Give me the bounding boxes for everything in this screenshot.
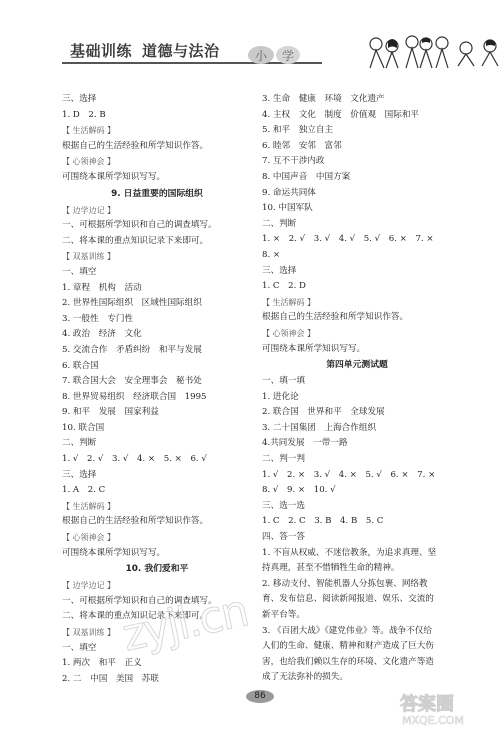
- subject-name: 道德与法治: [142, 42, 220, 60]
- answer-line: 一、填空: [62, 265, 252, 281]
- answer-line: 三、选择: [262, 264, 452, 280]
- answer-line: 三、选择: [62, 468, 252, 484]
- answer-line: 10. 中国军队: [262, 201, 452, 217]
- children-illustration-icon: [362, 32, 500, 70]
- answer-line: 7. 互不干涉内政: [262, 154, 452, 170]
- answer-line: 4. 政治 经济 文化: [62, 327, 252, 343]
- level-char-2: 学: [282, 47, 294, 64]
- answer-line: 根据自己的生活经验和所学知识作答。: [62, 514, 252, 530]
- section-label: 【 边学边记 】: [62, 203, 252, 219]
- section-label: 【 生活解码 】: [62, 499, 252, 515]
- answer-line: 1. D 2. B: [62, 108, 252, 124]
- answer-line: 一、填一填: [262, 374, 452, 390]
- answer-line: 2. 移动支付、智能机器人分拣包裹、网络教: [262, 577, 452, 593]
- answer-line: 1. × 2. √ 3. √ 4. √ 5. √ 6. × 7. ×: [262, 232, 452, 248]
- answer-line: 6. 睦邻 安邻 富邻: [262, 139, 452, 155]
- answer-line: 1. C 2. C 3. B 4. B 5. C: [262, 514, 452, 530]
- section-label: 【 双基训练 】: [62, 249, 252, 265]
- answer-line: 9. 命运共同体: [262, 186, 452, 202]
- answer-line: 人们的生命、健康、精神和财产造成了巨大伤: [262, 639, 452, 655]
- section-label: 【 心领神会 】: [62, 154, 252, 170]
- answer-line: 1. A 2. C: [62, 483, 252, 499]
- answer-line: 3. 二十国集团 上海合作组织: [262, 421, 452, 437]
- answer-line: 害，也给我们赖以生存的环境、文化遗产等造: [262, 655, 452, 671]
- answer-line: 可围绕本课所学知识写写。: [62, 546, 252, 562]
- section-title: 9. 日益重要的国际组织: [62, 186, 252, 203]
- answer-line: 3. 生命 健康 环境 文化遗产: [262, 92, 452, 108]
- answer-line: 8. ×: [262, 248, 452, 264]
- answer-line: 2. 联合国 世界和平 全球发展: [262, 405, 452, 421]
- answer-line: 10. 联合国: [62, 421, 252, 437]
- level-char-1: 小: [255, 47, 267, 64]
- section-title: 第四单元测试题: [262, 357, 452, 374]
- answer-line: 3. 《百团大战》《建党伟业》等。战争不仅给: [262, 624, 452, 640]
- level-badge: 小 学: [248, 44, 306, 64]
- section-label: 【 心领神会 】: [62, 530, 252, 546]
- section-title: 10. 我们爱和平: [62, 561, 252, 578]
- answer-line: 8. √ 9. × 10. √: [262, 483, 452, 499]
- section-label: 【 心领神会 】: [262, 326, 452, 342]
- answer-line: 5. 交流合作 矛盾纠纷 和平与发展: [62, 343, 252, 359]
- answer-line: 1. √ 2. √ 3. √ 4. × 5. × 6. √: [62, 452, 252, 468]
- answer-line: 6. 联合国: [62, 359, 252, 375]
- series-name: 基础训练: [70, 42, 132, 60]
- answer-line: 二、判断: [262, 217, 452, 233]
- answer-line: 二、判断: [62, 436, 252, 452]
- page-header: 基础训练道德与法治 小 学: [62, 38, 462, 66]
- answer-line: 8. 中国声音 中国方案: [262, 170, 452, 186]
- answer-line: 1. √ 2. × 3. √ 4. × 5. √ 6. × 7. ×: [262, 468, 452, 484]
- page-number: 86: [246, 690, 274, 703]
- answer-line: 2. 世界性国际组织 区域性国际组织: [62, 296, 252, 312]
- answer-line: 1. 进化论: [262, 390, 452, 406]
- answer-line: 1. 章程 机构 活动: [62, 281, 252, 297]
- answer-line: 根据自己的生活经验和所学知识作答。: [62, 139, 252, 155]
- answer-line: 可围绕本课所学知识写写。: [62, 170, 252, 186]
- answer-line: 四、答一答: [262, 530, 452, 546]
- answer-line: 新平台等。: [262, 608, 452, 624]
- answer-line: 3. 一般性 专门性: [62, 312, 252, 328]
- answer-line: 成了无法弥补的损失。: [262, 670, 452, 686]
- answer-line: 持真理，甚至不惜牺牲生命的精神。: [262, 561, 452, 577]
- section-label: 【 生活解码 】: [62, 123, 252, 139]
- answer-line: 可围绕本课所学知识写写。: [262, 342, 452, 358]
- answer-line: 三、选择: [62, 92, 252, 108]
- answer-line: 1. 两次 和平 正义: [62, 656, 252, 672]
- answer-line: 1. 不盲从权威、不迷信教条，为追求真理、坚: [262, 546, 452, 562]
- answer-line: 一、可根据所学知识和自己的调查填写。: [62, 218, 252, 234]
- answer-line: 二、判一判: [262, 452, 452, 468]
- right-column: 3. 生命 健康 环境 文化遗产4. 主权 文化 制度 价值观 国际和平5. 和…: [262, 92, 452, 686]
- answer-line: 9. 和平 发展 国家利益: [62, 405, 252, 421]
- watermark-corner-bottom: MXQE.COM: [402, 714, 464, 727]
- answer-line: 4.共同发展 一带一路: [262, 436, 452, 452]
- answer-line: 三、选一选: [262, 499, 452, 515]
- watermark-corner-top: 答案圈: [400, 690, 454, 716]
- answer-line: 2. 二 中国 美国 苏联: [62, 672, 252, 688]
- answer-line: 8. 世界贸易组织 经济联合国 1995: [62, 390, 252, 406]
- answer-line: 1. C 2. D: [262, 279, 452, 295]
- book-title: 基础训练道德与法治: [70, 40, 220, 61]
- answer-line: 二、将本课的重点知识记录下来即可。: [62, 234, 252, 250]
- answer-line: 4. 主权 文化 制度 价值观 国际和平: [262, 108, 452, 124]
- section-label: 【 生活解码 】: [262, 295, 452, 311]
- answer-line: 根据自己的生活经验和所学知识作答。: [262, 310, 452, 326]
- answer-line: 5. 和平 独立自主: [262, 123, 452, 139]
- answer-line: 育、发布信息、阅读新闻报道、娱乐、交流的: [262, 592, 452, 608]
- answer-line: 7. 联合国大会 安全理事会 秘书处: [62, 374, 252, 390]
